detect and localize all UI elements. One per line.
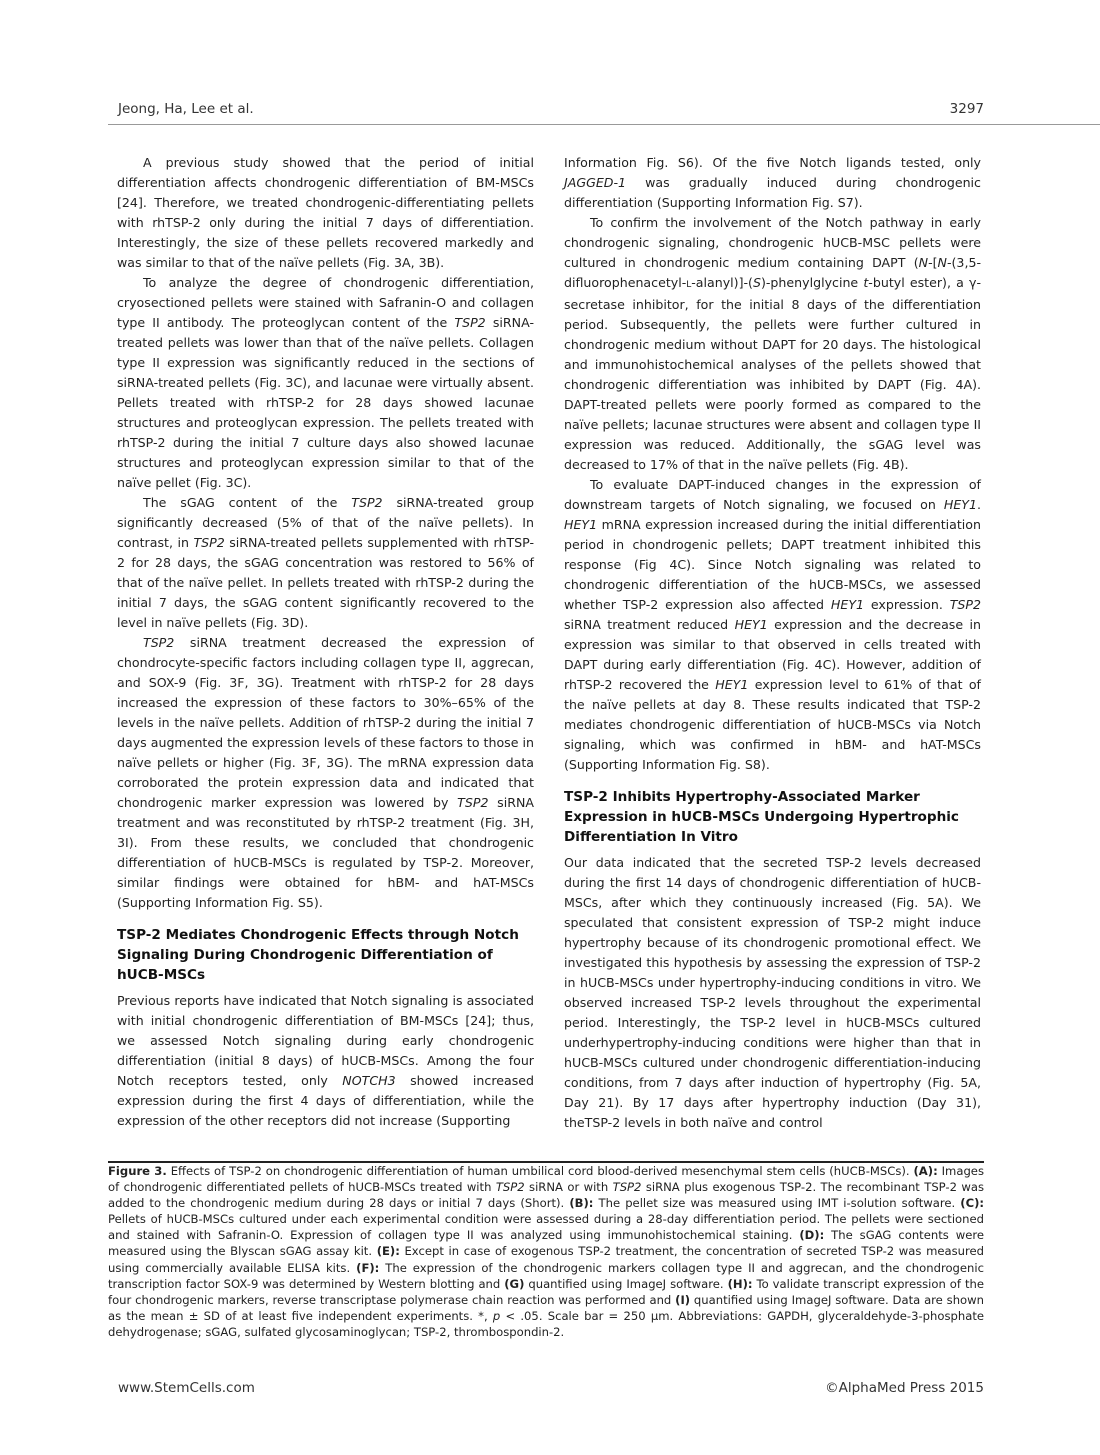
paragraph: To evaluate DAPT-induced changes in the …	[564, 475, 981, 775]
paragraph: Information Fig. S6). Of the five Notch …	[564, 153, 981, 213]
footer-website: www.StemCells.com	[118, 1380, 255, 1396]
paragraph: The sGAG content of the TSP2 siRNA-treat…	[117, 493, 534, 633]
footer-copyright: ©AlphaMed Press 2015	[825, 1380, 984, 1396]
paragraph: TSP2 siRNA treatment decreased the expre…	[117, 633, 534, 913]
section-heading: TSP-2 Inhibits Hypertrophy-Associated Ma…	[564, 787, 981, 847]
header-page-number: 3297	[950, 101, 984, 117]
left-column: A previous study showed that the period …	[117, 153, 534, 1131]
header-authors: Jeong, Ha, Lee et al.	[118, 101, 254, 117]
figure-label: Figure 3.	[108, 1164, 167, 1178]
paragraph: Our data indicated that the secreted TSP…	[564, 853, 981, 1133]
section-heading: TSP-2 Mediates Chondrogenic Effects thro…	[117, 925, 534, 985]
right-column: Information Fig. S6). Of the five Notch …	[564, 153, 981, 1133]
paragraph: Previous reports have indicated that Not…	[117, 991, 534, 1131]
paragraph: To confirm the involvement of the Notch …	[564, 213, 981, 475]
page-footer: www.StemCells.com ©AlphaMed Press 2015	[118, 1380, 984, 1396]
header-divider	[108, 124, 1100, 125]
running-header: Jeong, Ha, Lee et al. 3297	[118, 101, 984, 117]
paragraph: A previous study showed that the period …	[117, 153, 534, 273]
paragraph: To analyze the degree of chondrogenic di…	[117, 273, 534, 493]
figure-caption: Figure 3. Effects of TSP-2 on chondrogen…	[108, 1163, 984, 1340]
